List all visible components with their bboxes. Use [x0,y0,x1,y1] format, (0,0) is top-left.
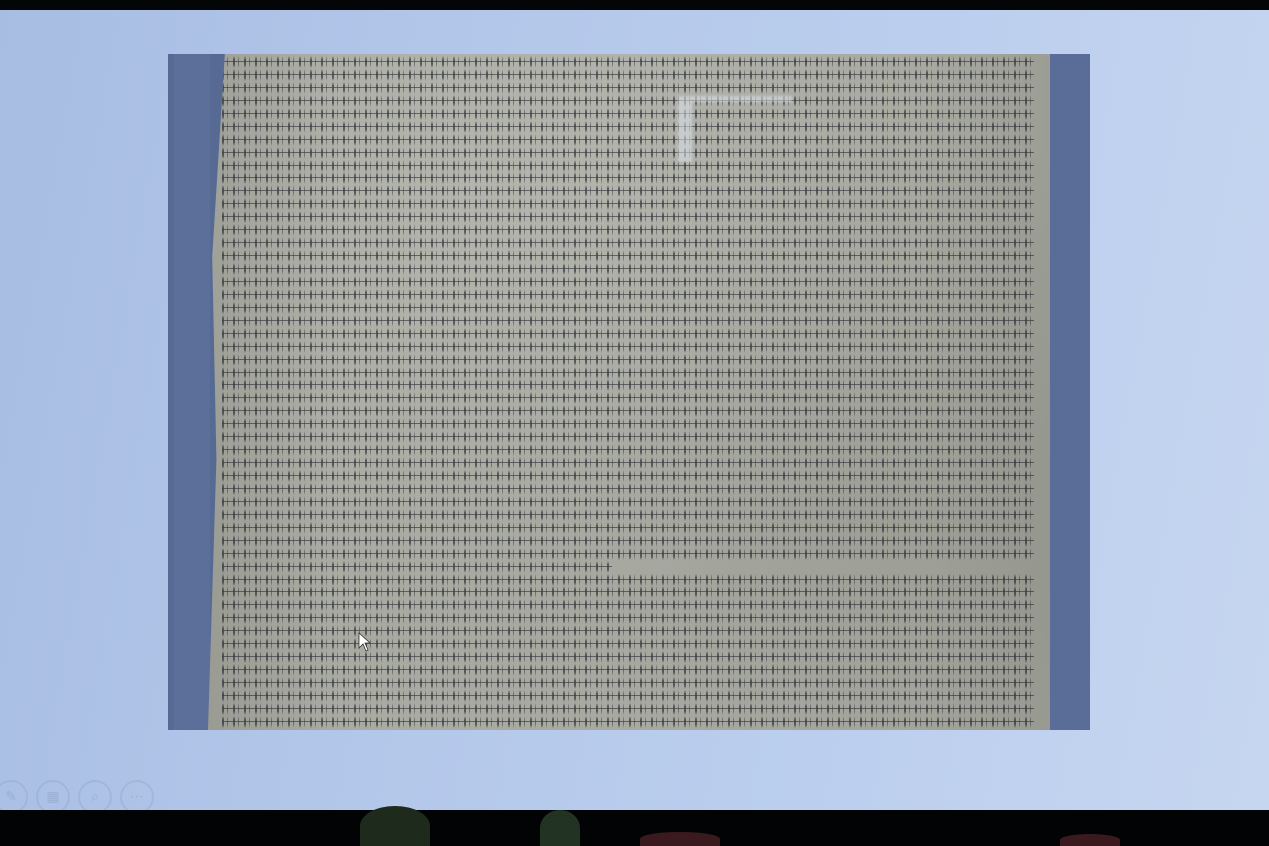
manuscript-line [222,185,1034,197]
manuscript-line [222,703,1034,715]
manuscript-line [222,237,1034,249]
pen-icon: ✎ [5,789,17,805]
manuscript-line [222,405,1034,417]
foreground-plant [540,810,580,846]
manuscript-line [222,108,1034,120]
manuscript-line [222,354,1034,366]
manuscript-line [222,586,1034,598]
manuscript-line [222,289,1034,301]
manuscript-line [222,315,1034,327]
manuscript-text-lines [222,54,1034,730]
presentation-screen: ✎ ▦ ⌕ ⋯ [0,10,1269,810]
manuscript-line [222,392,1034,404]
manuscript-line [222,172,1034,184]
manuscript-line [222,431,1034,443]
manuscript-line [222,341,1034,353]
manuscript-line [222,250,1034,262]
foreground-plant [360,806,430,846]
pen-tool-button[interactable]: ✎ [0,780,28,814]
manuscript-line [222,548,1034,560]
manuscript-line [222,134,1034,146]
manuscript-line [222,599,1034,611]
manuscript-line [222,224,1034,236]
manuscript-line [222,690,1034,702]
slides-grid-icon: ▦ [46,789,59,805]
manuscript-line [222,716,1034,728]
slide-image-frame [168,54,1090,730]
manuscript-line [222,496,1034,508]
manuscript-line [222,509,1034,521]
manuscript-line [222,160,1034,172]
manuscript-line [222,677,1034,689]
zoom-button[interactable]: ⌕ [78,780,112,814]
manuscript-page-image [208,54,1050,730]
manuscript-line [222,574,1034,586]
manuscript-line [222,82,1034,94]
manuscript-line [222,457,1034,469]
slides-overview-button[interactable]: ▦ [36,780,70,814]
manuscript-line [222,379,1034,391]
manuscript-line [222,328,1034,340]
projector-screen-bottom-edge [0,810,1269,846]
image-frame-band [174,54,210,730]
manuscript-line [222,535,1034,547]
manuscript-line [222,444,1034,456]
manuscript-line [222,625,1034,637]
manuscript-line [222,612,1034,624]
manuscript-line [222,418,1034,430]
projector-glare [678,96,792,162]
magnifier-icon: ⌕ [91,789,99,805]
manuscript-line [222,638,1034,650]
manuscript-line [222,483,1034,495]
manuscript-line [222,198,1034,210]
manuscript-line [222,56,1034,68]
manuscript-line [222,470,1034,482]
manuscript-line [222,211,1034,223]
more-options-icon: ⋯ [130,789,144,805]
manuscript-line [222,263,1034,275]
manuscript-line [222,651,1034,663]
manuscript-line [222,561,612,573]
manuscript-line [222,522,1034,534]
manuscript-line [222,121,1034,133]
more-options-button[interactable]: ⋯ [120,780,154,814]
manuscript-line [222,95,1034,107]
foreground-flowers [1060,834,1120,846]
manuscript-line [222,367,1034,379]
manuscript-line [222,664,1034,676]
manuscript-line [222,147,1034,159]
foreground-flowers [640,832,720,846]
manuscript-line [222,276,1034,288]
mouse-cursor-icon [358,632,372,652]
manuscript-line [222,69,1034,81]
manuscript-line [222,302,1034,314]
projector-screen-top-edge [0,0,1269,10]
